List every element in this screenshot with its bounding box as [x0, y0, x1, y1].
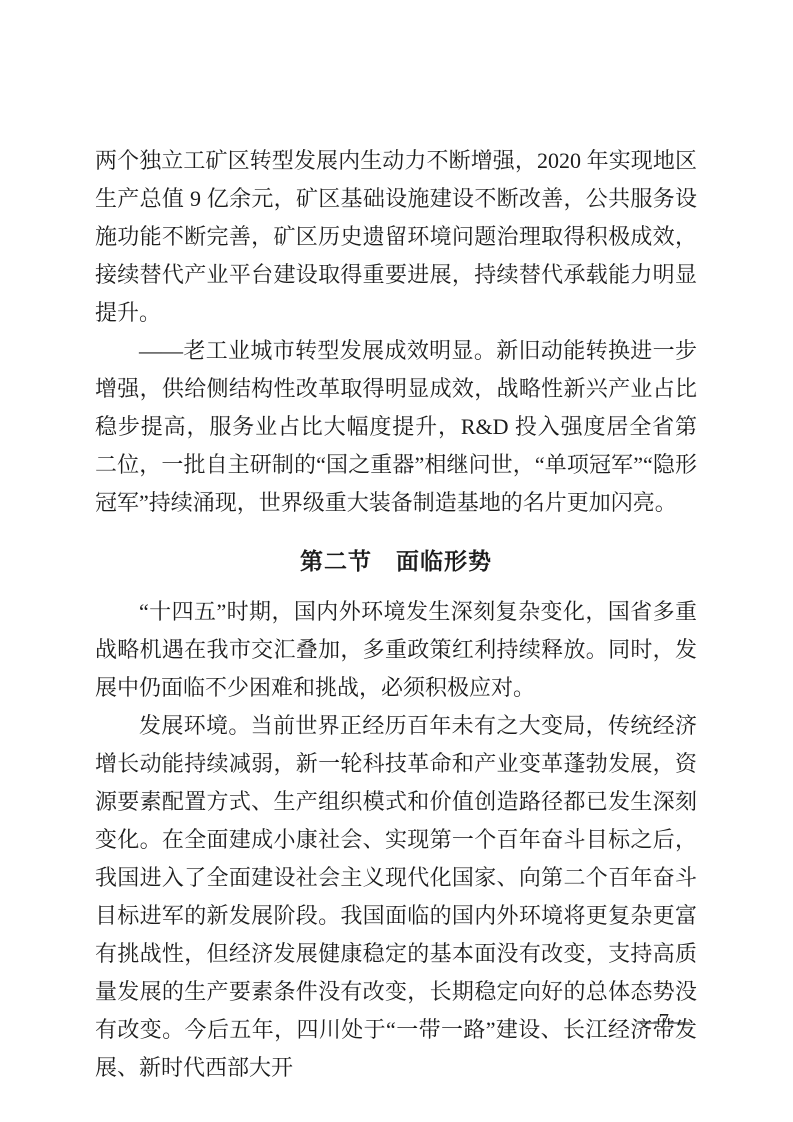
section-heading: 第二节 面临形势	[95, 542, 697, 580]
page-number: —7—	[638, 1007, 691, 1035]
document-page: 两个独立工矿区转型发展内生动力不断增强，2020 年实现地区生产总值 9 亿余元…	[0, 0, 793, 1122]
paragraph-transformation-mining-area: 两个独立工矿区转型发展内生动力不断增强，2020 年实现地区生产总值 9 亿余元…	[95, 142, 697, 332]
paragraph-145-period: “十四五”时期，国内外环境发生深刻复杂变化，国省多重战略机遇在我市交汇叠加，多重…	[95, 593, 697, 707]
paragraph-development-environment: 发展环境。当前世界正经历百年未有之大变局，传统经济增长动能持续减弱，新一轮科技革…	[95, 707, 697, 1087]
paragraph-old-industrial-city: ——老工业城市转型发展成效明显。新旧动能转换进一步增强，供给侧结构性改革取得明显…	[95, 332, 697, 522]
document-body: 两个独立工矿区转型发展内生动力不断增强，2020 年实现地区生产总值 9 亿余元…	[95, 142, 697, 1087]
